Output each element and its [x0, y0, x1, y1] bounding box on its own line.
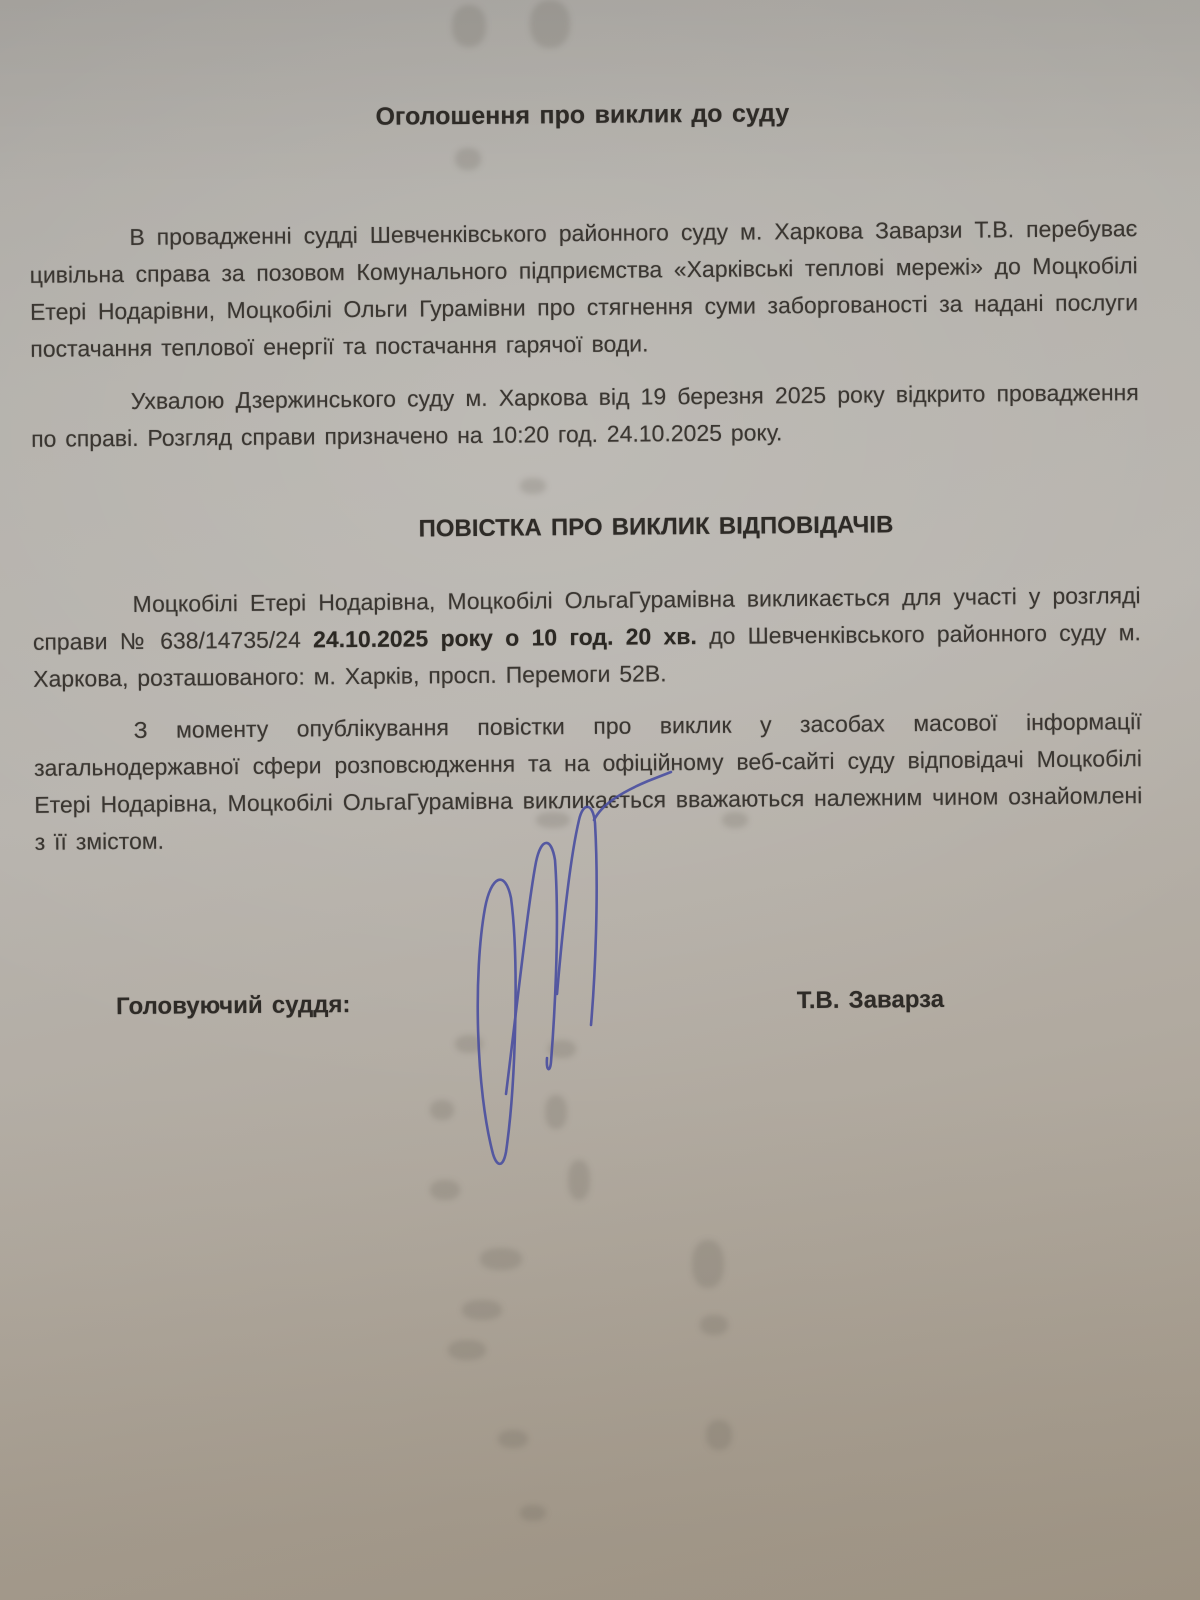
judge-role-label: Головуючий суддя:: [116, 986, 351, 1025]
bleed-through-mark: [448, 1340, 486, 1360]
scanned-court-document-page: Оголошення про виклик до суду В провадже…: [0, 0, 1200, 1600]
bleed-through-mark: [706, 1420, 732, 1450]
paragraph-notice: З моменту опублікування повістки про вик…: [34, 703, 1143, 861]
bleed-through-mark: [548, 1040, 576, 1058]
paragraph-summons: Моцкобілі Етері Нодарівна, Моцкобілі Оль…: [32, 577, 1141, 698]
bleed-through-mark: [520, 1505, 546, 1521]
bleed-through-mark: [568, 1160, 590, 1200]
document-title: Оголошення про виклик до суду: [28, 95, 1136, 136]
bleed-through-mark: [430, 1180, 460, 1200]
bleed-through-mark: [430, 1100, 454, 1120]
paragraph-proceedings: Ухвалою Дзержинського суду м. Харкова ві…: [31, 374, 1140, 458]
bleed-through-mark: [700, 1315, 728, 1335]
bleed-through-mark: [545, 1095, 567, 1129]
hearing-datetime-bold: 24.10.2025 року о 10 год. 20 хв.: [313, 623, 697, 652]
bleed-through-mark: [462, 1300, 502, 1320]
bleed-through-mark: [692, 1240, 724, 1288]
judge-name: Т.В. Заварза: [797, 981, 945, 1019]
signature-row: Головуючий суддя: Т.В. Заварза: [36, 979, 1144, 1026]
bleed-through-mark: [498, 1430, 528, 1448]
bleed-through-mark: [455, 1035, 483, 1053]
summons-heading: ПОВІСТКА ПРО ВИКЛИК ВІДПОВІДАЧІВ: [32, 504, 1140, 551]
bleed-through-mark: [480, 1248, 522, 1270]
paragraph-case-description: В провадженні судді Шевченківського райо…: [29, 210, 1138, 368]
document-content: Оголошення про виклик до суду В провадже…: [27, 0, 1144, 1026]
